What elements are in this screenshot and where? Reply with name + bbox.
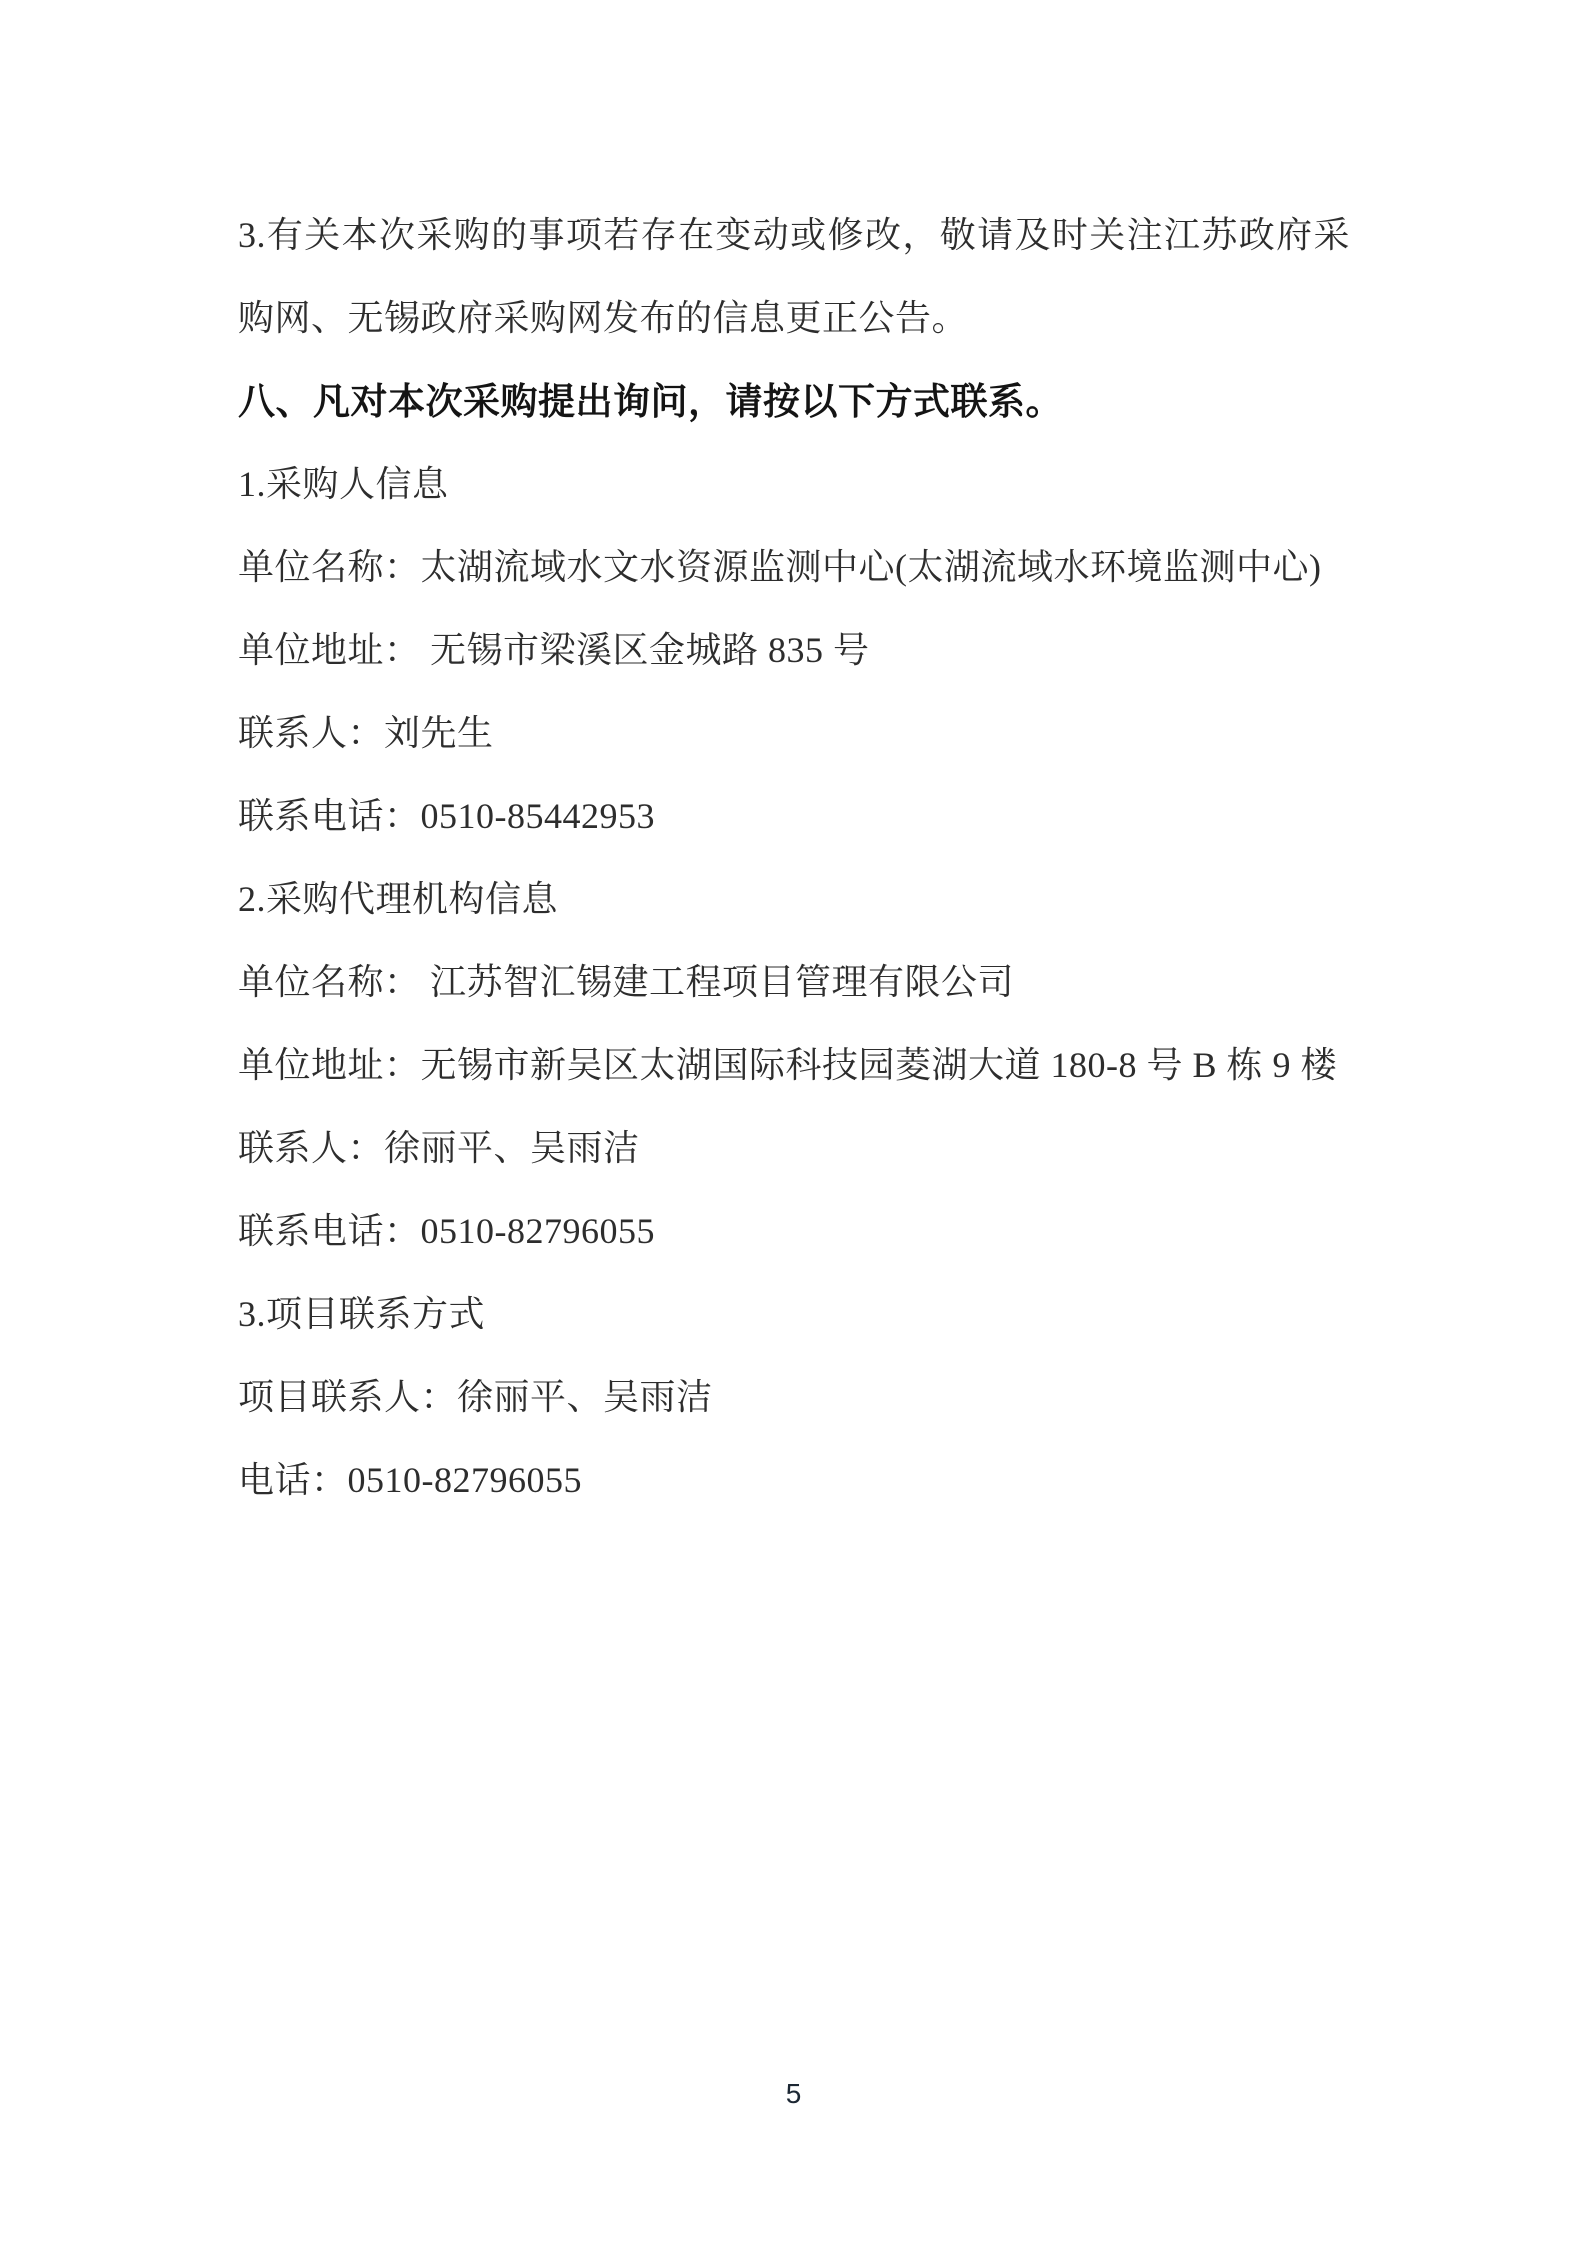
agency-org-address: 单位地址：无锡市新吴区太湖国际科技园菱湖大道 180-8 号 B 栋 9 楼	[238, 1024, 1350, 1107]
project-contact-person: 项目联系人：徐丽平、吴雨洁	[238, 1356, 1350, 1439]
section-title-agency: 2.采购代理机构信息	[238, 858, 1350, 941]
page-footer: 5	[0, 2078, 1587, 2110]
purchaser-org-name: 单位名称：太湖流域水文水资源监测中心(太湖流域水环境监测中心)	[238, 526, 1350, 609]
purchaser-contact-phone: 联系电话：0510-85442953	[238, 775, 1350, 858]
agency-contact-phone: 联系电话：0510-82796055	[238, 1190, 1350, 1273]
purchaser-contact-person: 联系人：刘先生	[238, 692, 1350, 775]
agency-contact-person: 联系人：徐丽平、吴雨洁	[238, 1107, 1350, 1190]
document-body: 3.有关本次采购的事项若存在变动或修改，敬请及时关注江苏政府采购网、无锡政府采购…	[238, 194, 1350, 1522]
section-title-purchaser: 1.采购人信息	[238, 443, 1350, 526]
section-heading-contact: 八、凡对本次采购提出询问，请按以下方式联系。	[238, 360, 1350, 443]
section-title-project-contact: 3.项目联系方式	[238, 1273, 1350, 1356]
document-page: 3.有关本次采购的事项若存在变动或修改，敬请及时关注江苏政府采购网、无锡政府采购…	[0, 0, 1587, 2245]
project-contact-phone: 电话：0510-82796055	[238, 1439, 1350, 1522]
purchaser-org-address: 单位地址： 无锡市梁溪区金城路 835 号	[238, 609, 1350, 692]
agency-org-name: 单位名称： 江苏智汇锡建工程项目管理有限公司	[238, 941, 1350, 1024]
notice-paragraph: 3.有关本次采购的事项若存在变动或修改，敬请及时关注江苏政府采购网、无锡政府采购…	[238, 194, 1350, 360]
page-number: 5	[786, 2078, 802, 2109]
